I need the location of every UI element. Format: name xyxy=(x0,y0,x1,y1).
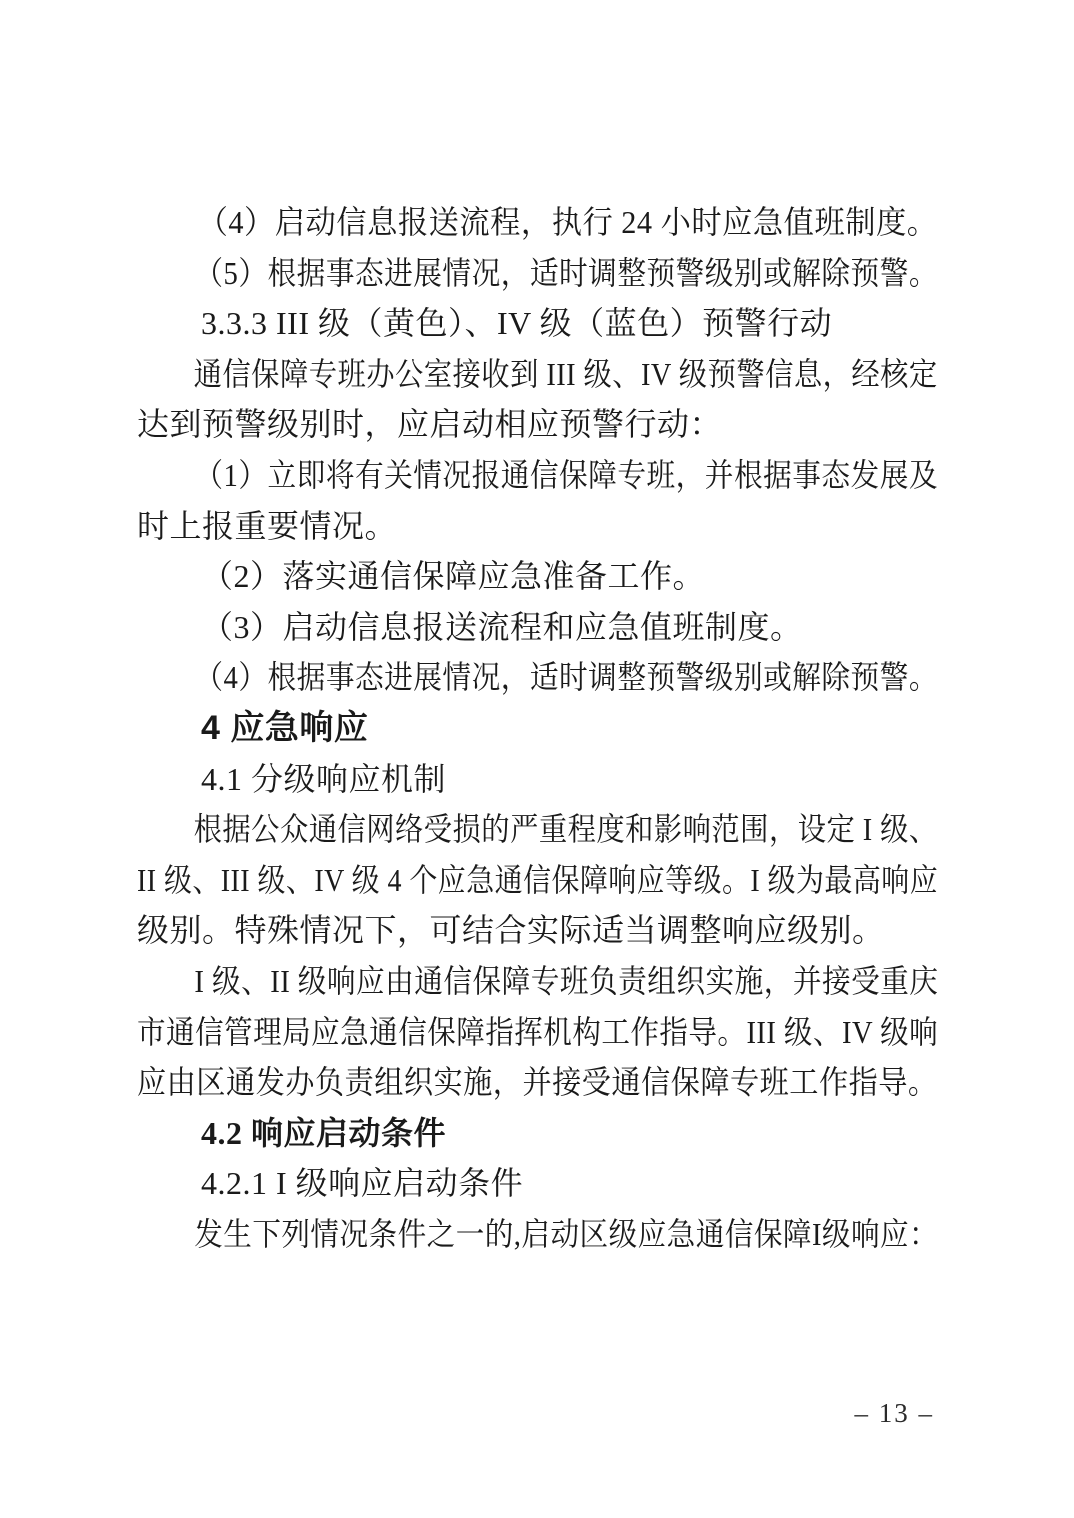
heading-4-2: 4.2 响应启动条件 xyxy=(137,1108,938,1159)
body-line: 通信保障专班办公室接收到 III 级、IV 级预警信息，经核定 xyxy=(137,349,846,400)
page-number: – 13 – xyxy=(855,1396,935,1430)
body-line: 达到预警级别时，应启动相应预警行动： xyxy=(137,399,938,450)
body-line: 市通信管理局应急通信保障指挥机构工作指导。III 级、IV 级响 xyxy=(137,1007,852,1058)
document-page: （4）启动信息报送流程，执行 24 小时应急值班制度。 （5）根据事态进展情况，… xyxy=(0,0,1074,1518)
body-line: 发生下列情况条件之一的,启动区级应急通信保障I级响应： xyxy=(137,1209,853,1260)
body-line: （4）启动信息报送流程，执行 24 小时应急值班制度。 xyxy=(137,197,895,248)
body-line: 应由区通发办负责组织实施，并接受通信保障专班工作指导。 xyxy=(137,1057,868,1108)
body-line: （2）落实通信保障应急准备工作。 xyxy=(137,551,938,602)
heading-4: 4 应急响应 xyxy=(137,703,938,754)
body-line: II 级、III 级、IV 级 4 个应急通信保障响应等级。I 级为最高响应 xyxy=(137,855,837,906)
body-line: （3）启动信息报送流程和应急值班制度。 xyxy=(137,602,938,653)
body-line: （1）立即将有关情况报通信保障专班，并根据事态发展及 xyxy=(137,450,855,501)
body-line: 根据公众通信网络受损的严重程度和影响范围，设定 I 级、 xyxy=(137,804,846,855)
page-content: （4）启动信息报送流程，执行 24 小时应急值班制度。 （5）根据事态进展情况，… xyxy=(137,197,938,1259)
heading-4-1: 4.1 分级响应机制 xyxy=(137,754,938,805)
body-line: 时上报重要情况。 xyxy=(137,501,938,552)
body-line: I 级、II 级响应由通信保障专班负责组织实施，并接受重庆 xyxy=(137,956,855,1007)
body-line: （4）根据事态进展情况，适时调整预警级别或解除预警。 xyxy=(137,652,855,703)
body-line: （5）根据事态进展情况，适时调整预警级别或解除预警。 xyxy=(137,248,855,299)
body-line: 级别。特殊情况下，可结合实际适当调整响应级别。 xyxy=(137,905,938,956)
heading-4-2-1: 4.2.1 I 级响应启动条件 xyxy=(137,1158,938,1209)
heading-3-3-3: 3.3.3 III 级（黄色）、IV 级（蓝色）预警行动 xyxy=(137,298,938,349)
